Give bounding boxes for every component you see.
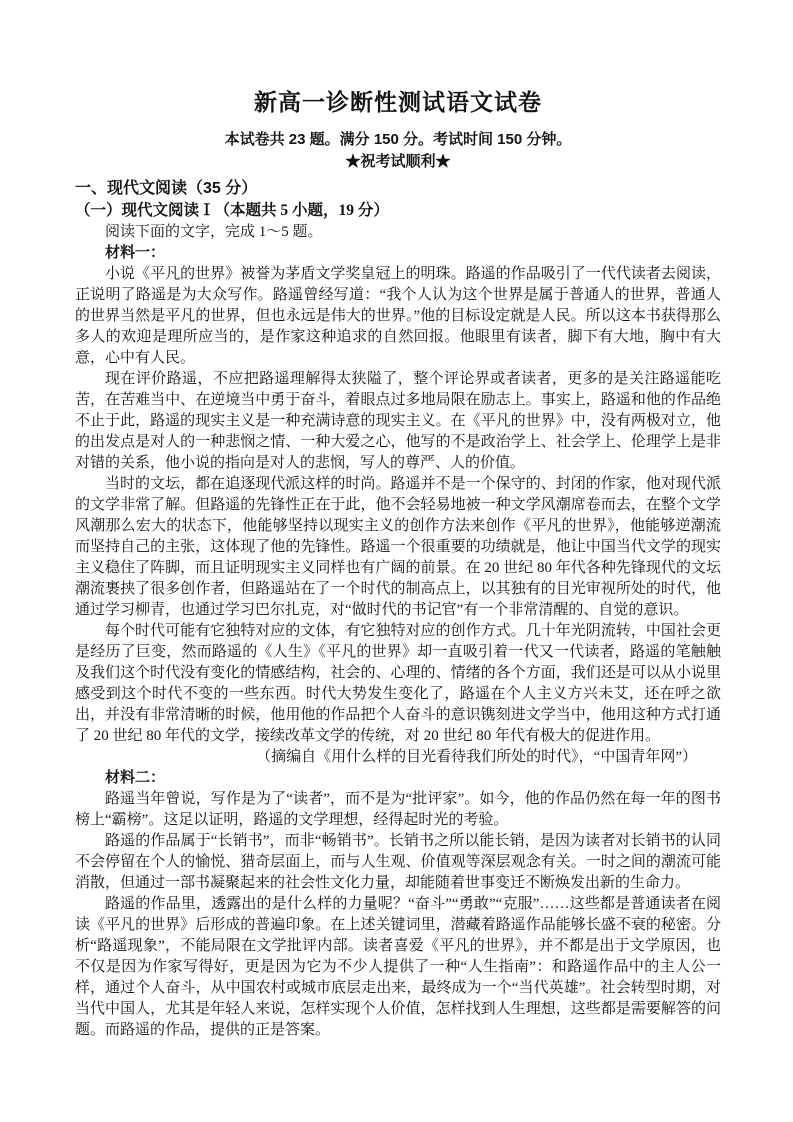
material-one-label: 材料一： (75, 243, 721, 264)
material-two-label: 材料二： (75, 768, 721, 789)
material-two-paragraph-2: 路遥的作品属于“长销书”，而非“畅销书”。长销书之所以能长销，是因为读者对长销书… (75, 831, 721, 894)
exam-info-line: 本试卷共 23 题。满分 150 分。考试时间 150 分钟。 (75, 129, 721, 151)
material-one-paragraph-4: 每个时代可能有它独特对应的文体，有它独特对应的创作方式。几十年光阴流转，中国社会… (75, 621, 721, 747)
exam-paper-page: 新高一诊断性测试语文试卷 本试卷共 23 题。满分 150 分。考试时间 150… (0, 0, 793, 1122)
paper-title: 新高一诊断性测试语文试卷 (75, 86, 721, 118)
reading-instruction: 阅读下面的文字，完成 1～5 题。 (75, 222, 721, 243)
subsection-one-heading: （一）现代文阅读Ⅰ（本题共 5 小题，19 分） (75, 200, 721, 222)
material-one-paragraph-1: 小说《平凡的世界》被誉为茅盾文学奖皇冠上的明珠。路遥的作品吸引了一代代读者去阅读… (75, 264, 721, 369)
exam-wish-line: ★祝考试顺利★ (75, 151, 721, 173)
material-one-attribution: （摘编自《用什么样的目光看待我们所处的时代》，“中国青年网”） (75, 747, 721, 768)
material-one-paragraph-3: 当时的文坛，都在追逐现代派这样的时尚。路遥并不是一个保守的、封闭的作家，他对现代… (75, 474, 721, 621)
section-one-heading: 一、现代文阅读（35 分） (75, 177, 721, 200)
material-one-paragraph-2: 现在评价路遥，不应把路遥理解得太狭隘了，整个评论界或者读者，更多的是关注路遥能吃… (75, 369, 721, 474)
material-two-paragraph-3: 路遥的作品里，透露出的是什么样的力量呢？“奋斗”“勇敢”“克服”……这些都是普通… (75, 894, 721, 1041)
material-two-paragraph-1: 路遥当年曾说，写作是为了“读者”，而不是为“批评家”。如今，他的作品仍然在每一年… (75, 789, 721, 831)
